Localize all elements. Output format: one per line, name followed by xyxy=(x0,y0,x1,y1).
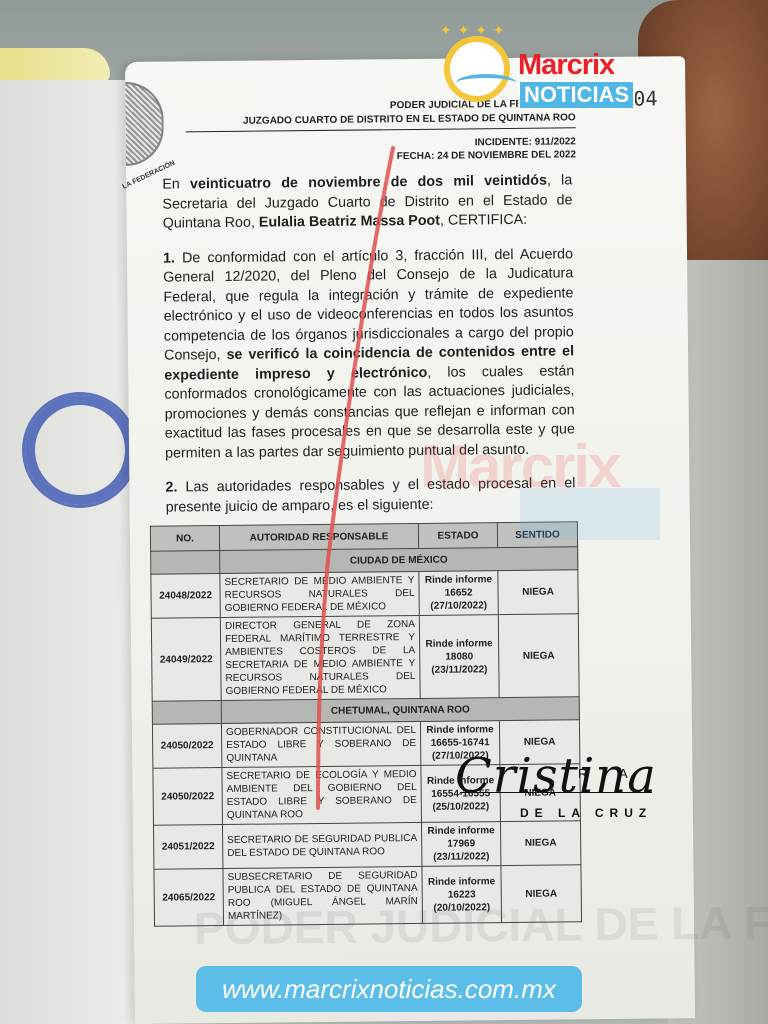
cell-sentido: NIEGA xyxy=(500,821,580,866)
header-autoridad: AUTORIDAD RESPONSABLE xyxy=(219,523,418,550)
background-yellow-object xyxy=(0,48,110,83)
paper-watermark: PODER JUDICIAL DE LA FEDERACIÓN xyxy=(194,892,768,955)
signature-surname: DE LA CRUZ xyxy=(520,806,652,820)
website-url-banner[interactable]: www.marcrixnoticias.com.mx xyxy=(196,966,582,1012)
cell-estado: Rinde informe 17969 (23/11/2022) xyxy=(421,822,500,867)
table-row: 24048/2022SECRETARIO DE MEDIO AMBIENTE Y… xyxy=(151,570,578,618)
marcrix-logo: ✦ ✦ ✦ ✦ Marcrix NOTICIAS xyxy=(432,22,642,112)
cell-estado: Rinde informe 16652 (27/10/2022) xyxy=(419,571,498,616)
wave-icon xyxy=(456,74,516,92)
cell-autoridad: SECRETARIO DE ECOLOGÍA Y MEDIO AMBIENTE … xyxy=(222,765,422,824)
sun-ring-icon xyxy=(444,36,510,102)
court-stamp xyxy=(22,392,138,508)
cell-sentido: NIEGA xyxy=(498,614,579,698)
signature-maria: RÍA xyxy=(578,766,642,781)
cell-no: 24049/2022 xyxy=(151,618,221,702)
cell-no: 24050/2022 xyxy=(152,724,221,769)
intro-paragraph: En veinticuatro de noviembre de dos mil … xyxy=(162,171,573,234)
fecha-label: FECHA: 24 DE NOVIEMBRE DEL 2022 xyxy=(397,148,576,163)
cell-autoridad: DIRECTOR GENERAL DE ZONA FEDERAL MARÍTIM… xyxy=(220,615,420,700)
table-row: 24051/2022SECRETARIO DE SEGURIDAD PUBLIC… xyxy=(153,821,580,869)
logo-name-bottom: NOTICIAS xyxy=(518,80,635,110)
document-page: LA FEDERACIÓN 304 PODER JUDICIAL DE LA F… xyxy=(125,56,695,1024)
group-empty-cell xyxy=(151,551,220,575)
cell-autoridad: GOBERNADOR CONSTITUCIONAL DEL ESTADO LIB… xyxy=(221,721,420,767)
cell-no: 24050/2022 xyxy=(153,768,223,826)
authorities-table: NO. AUTORIDAD RESPONSABLE ESTADO SENTIDO… xyxy=(150,521,582,926)
signature-line xyxy=(460,792,652,793)
cell-estado: Rinde informe 18080 (23/11/2022) xyxy=(419,615,499,699)
group-empty-cell xyxy=(152,701,221,725)
header-no: NO. xyxy=(150,526,219,552)
point-1-paragraph: 1. De conformidad con el artículo 3, fra… xyxy=(163,245,575,464)
cell-no: 24051/2022 xyxy=(153,825,222,870)
case-info: INCIDENTE: 911/2022 FECHA: 24 DE NOVIEMB… xyxy=(396,135,576,163)
header-estado: ESTADO xyxy=(418,523,497,549)
header-line-2: JUZGADO CUARTO DE DISTRITO EN EL ESTADO … xyxy=(243,111,576,128)
cell-autoridad: SECRETARIO DE MEDIO AMBIENTE Y RECURSOS … xyxy=(220,571,419,617)
logo-name-top: Marcrix xyxy=(518,50,614,80)
mexican-seal-icon xyxy=(125,82,164,166)
cell-autoridad: SECRETARIO DE SEGURIDAD PUBLICA DEL ESTA… xyxy=(222,822,421,868)
table-row: 24049/2022DIRECTOR GENERAL DE ZONA FEDER… xyxy=(151,614,579,701)
brand-watermark-band xyxy=(520,488,660,540)
cell-no: 24048/2022 xyxy=(151,574,220,619)
cell-sentido: NIEGA xyxy=(498,570,578,615)
